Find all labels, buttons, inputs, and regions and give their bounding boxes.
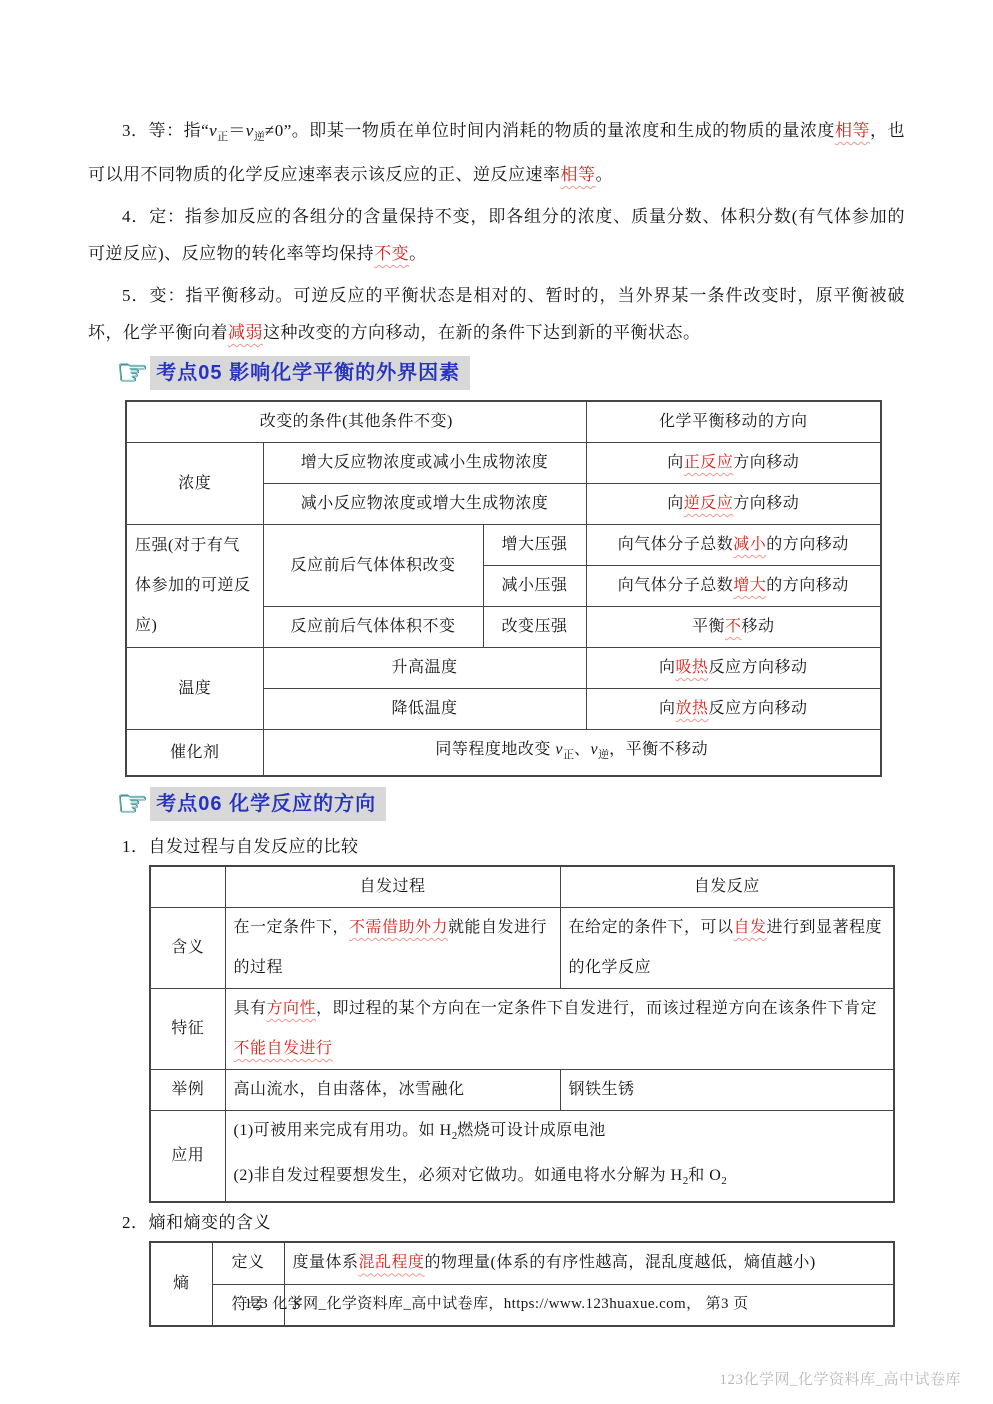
emphasized-red-text: 不需借助外力 <box>349 919 448 936</box>
document-page: 3．等：指“v正＝v逆≠0”。即某一物质在单位时间内消耗的物质的量浓度和生成的物… <box>0 0 993 1404</box>
text-run: 含义 <box>171 939 204 956</box>
table-cell: 减小反应物浓度或增大生成物浓度 <box>263 484 586 525</box>
table-cell: 浓度 <box>126 443 263 525</box>
text-run: 逆 <box>254 131 265 143</box>
cell-line: 增大反应物浓度或减小生成物浓度 <box>272 443 578 483</box>
spontaneous-comparison-table: 自发过程自发反应含义在一定条件下，不需借助外力就能自发进行的过程在给定的条件下，… <box>149 865 895 1203</box>
emphasized-red-text: 吸热 <box>675 659 708 676</box>
paragraph-3-equal: 3．等：指“v正＝v逆≠0”。即某一物质在单位时间内消耗的物质的量浓度和生成的物… <box>88 112 905 193</box>
table-cell: 定义 <box>212 1242 284 1284</box>
emphasized-red-text: 正反应 <box>684 454 734 471</box>
emphasized-red-text: 放热 <box>675 700 708 717</box>
cell-line: 钢铁生锈 <box>569 1070 886 1110</box>
text-run: 向 <box>659 700 676 717</box>
text-run: 定义 <box>231 1254 264 1271</box>
emphasized-red-text: 混乱程度 <box>359 1254 425 1271</box>
table-row: 改变的条件(其他条件不变)化学平衡移动的方向 <box>126 401 881 443</box>
cell-line: 在一定条件下，不需借助外力就能自发进行的过程 <box>234 908 552 988</box>
text-run: 向气体分子总数 <box>618 577 734 594</box>
emphasized-red-text: 减弱 <box>228 323 263 342</box>
text-run: 化学平衡移动的方向 <box>659 413 808 430</box>
table-cell: 降低温度 <box>263 689 586 730</box>
table-cell: 向放热反应方向移动 <box>586 689 881 730</box>
text-run: 2 <box>721 1175 727 1187</box>
cell-line: 反应前后气体体积改变 <box>272 546 475 586</box>
topic-heading-05: ☞ 考点05 影响化学平衡的外界因素 <box>116 356 905 390</box>
text-run: v <box>555 741 563 758</box>
text-run: 自发过程 <box>359 878 425 895</box>
text-run: 3．等：指“ <box>122 121 209 140</box>
text-run: 反应方向移动 <box>709 659 808 676</box>
table-cell: 举例 <box>150 1070 225 1111</box>
cell-line: 改变的条件(其他条件不变) <box>135 402 578 442</box>
cell-line: 自发反应 <box>569 867 886 907</box>
cell-line: 浓度 <box>135 464 255 504</box>
text-run: 方向移动 <box>733 454 799 471</box>
cell-line: 减小压强 <box>492 566 578 606</box>
text-run: 降低温度 <box>391 700 457 717</box>
topic-heading-06: ☞ 考点06 化学反应的方向 <box>116 787 905 821</box>
table-cell: 在给定的条件下，可以自发进行到显著程度的化学反应 <box>560 908 894 989</box>
text-run: 向 <box>667 495 684 512</box>
text-run: 特征 <box>171 1020 204 1037</box>
table-cell: 改变的条件(其他条件不变) <box>126 401 586 443</box>
table-row: 应用(1)可被用来完成有用功。如 H2燃烧可设计成原电池(2)非自发过程要想发生… <box>150 1111 894 1203</box>
text-run: (2)非自发过程要想发生，必须对它做功。如通电将水分解为 H <box>234 1167 683 1184</box>
text-run: 减小压强 <box>501 577 567 594</box>
table-cell: 向气体分子总数减小的方向移动 <box>586 525 881 566</box>
cell-line: 特征 <box>159 1009 217 1049</box>
cell-line: 向气体分子总数增大的方向移动 <box>595 566 873 606</box>
text-run: 浓度 <box>178 475 211 492</box>
table-cell: 化学平衡移动的方向 <box>586 401 881 443</box>
text-run: 和 O <box>688 1167 721 1184</box>
table-cell: 自发过程 <box>225 866 560 908</box>
cell-line: 压强(对于有气体参加的可逆反应) <box>135 526 255 646</box>
table-cell: 高山流水，自由落体，冰雪融化 <box>225 1070 560 1111</box>
text-run: 自发反应 <box>694 878 760 895</box>
text-run: 正 <box>217 131 228 143</box>
text-run: 改变的条件(其他条件不变) <box>260 413 453 430</box>
cell-line: 向正反应方向移动 <box>595 443 873 483</box>
text-run: ≠0”。即某一物质在单位时间内消耗的物质的量浓度和生成的物质的量浓度 <box>265 121 835 140</box>
table-cell: 应用 <box>150 1111 225 1203</box>
cell-line: 向逆反应方向移动 <box>595 484 873 524</box>
table-cell: 压强(对于有气体参加的可逆反应) <box>126 525 263 648</box>
text-run: v <box>591 741 599 758</box>
table-cell: (1)可被用来完成有用功。如 H2燃烧可设计成原电池(2)非自发过程要想发生，必… <box>225 1111 894 1203</box>
page-footer: 123 化学网_化学资料库_高中试卷库，https://www.123huaxu… <box>0 1292 993 1313</box>
text-run: ，平衡不移动 <box>609 741 708 758</box>
paragraph-5-shift: 5．变：指平衡移动。可逆反应的平衡状态是相对的、暂时的，当外界某一条件改变时，原… <box>88 277 905 351</box>
table-cell: 增大反应物浓度或减小生成物浓度 <box>263 443 586 484</box>
text-run: 方向移动 <box>733 495 799 512</box>
table-row: 压强(对于有气体参加的可逆反应)反应前后气体体积改变增大压强向气体分子总数减小的… <box>126 525 881 566</box>
table-cell: 平衡不移动 <box>586 607 881 648</box>
emphasized-red-text: 方向性 <box>267 1000 317 1017</box>
text-run: v <box>246 121 254 140</box>
cell-line: 在给定的条件下，可以自发进行到显著程度的化学反应 <box>569 908 886 988</box>
topic-title-06: 考点06 化学反应的方向 <box>150 787 386 821</box>
table-cell: 升高温度 <box>263 648 586 689</box>
text-run: 增大压强 <box>501 536 567 553</box>
cell-line: 高山流水，自由落体，冰雪融化 <box>234 1070 552 1110</box>
text-run: 钢铁生锈 <box>569 1081 635 1098</box>
list-item-1: 1．自发过程与自发反应的比较 <box>88 831 905 863</box>
table-cell: 在一定条件下，不需借助外力就能自发进行的过程 <box>225 908 560 989</box>
table-cell: 催化剂 <box>126 730 263 777</box>
text-run: 度量体系 <box>293 1254 359 1271</box>
cell-line: 自发过程 <box>234 867 552 907</box>
text-run: 高山流水，自由落体，冰雪融化 <box>234 1081 465 1098</box>
text-run: 平衡 <box>692 618 725 635</box>
cell-line: 平衡不移动 <box>595 607 873 647</box>
cell-line: 反应前后气体体积不变 <box>272 607 475 647</box>
text-run: 在给定的条件下，可以 <box>569 919 734 936</box>
site-watermark: 123化学网_化学资料库_高中试卷库 <box>719 1368 961 1389</box>
text-run: 具有 <box>234 1000 267 1017</box>
text-run: 改变压强 <box>501 618 567 635</box>
emphasized-red-text: 相等 <box>835 121 870 140</box>
emphasized-red-text: 相等 <box>561 165 596 184</box>
text-run: 举例 <box>171 1081 204 1098</box>
emphasized-red-text: 不能自发进行 <box>234 1040 333 1057</box>
text-run: 4．定：指参加反应的各组分的含量保持不变，即各组分的浓度、质量分数、体积分数(有… <box>88 207 905 263</box>
text-run: ，即过程的某个方向在一定条件下自发进行，而该过程逆方向在该条件下肯定 <box>316 1000 877 1017</box>
entropy-table: 熵定义度量体系混乱程度的物理量(体系的有序性越高，混乱度越低，熵值越小)符号S <box>149 1241 895 1327</box>
text-run: 的方向移动 <box>766 536 849 553</box>
cell-line: 温度 <box>135 669 255 709</box>
table-row: 举例高山流水，自由落体，冰雪融化钢铁生锈 <box>150 1070 894 1111</box>
cell-line: 化学平衡移动的方向 <box>595 402 873 442</box>
text-run: 这种改变的方向移动，在新的条件下达到新的平衡状态。 <box>263 323 701 342</box>
cell-line: 改变压强 <box>492 607 578 647</box>
emphasized-red-text: 不变 <box>374 244 409 263</box>
table-row: 温度升高温度向吸热反应方向移动 <box>126 648 881 689</box>
cell-line: 减小反应物浓度或增大生成物浓度 <box>272 484 578 524</box>
table-row: 浓度增大反应物浓度或减小生成物浓度向正反应方向移动 <box>126 443 881 484</box>
text-run: 熵 <box>173 1275 190 1292</box>
text-run: 。 <box>409 244 427 263</box>
text-run: 逆 <box>598 749 609 761</box>
text-run: 在一定条件下， <box>234 919 350 936</box>
text-run: 温度 <box>178 680 211 697</box>
emphasized-red-text: 增大 <box>733 577 766 594</box>
cell-line: 举例 <box>159 1070 217 1110</box>
equilibrium-factors-table: 改变的条件(其他条件不变)化学平衡移动的方向浓度增大反应物浓度或减小生成物浓度向… <box>125 400 882 777</box>
text-run: 向 <box>667 454 684 471</box>
table-cell: 自发反应 <box>560 866 894 908</box>
cell-line: 升高温度 <box>272 648 578 688</box>
text-run: 同等程度地改变 <box>435 741 555 758</box>
text-run: ＝ <box>228 121 246 140</box>
table-cell <box>150 866 225 908</box>
emphasized-red-text: 不 <box>725 618 742 635</box>
text-run: 的方向移动 <box>766 577 849 594</box>
table-cell: 反应前后气体体积改变 <box>263 525 483 607</box>
text-run: 向 <box>659 659 676 676</box>
text-run: 、 <box>574 741 591 758</box>
table-cell: 钢铁生锈 <box>560 1070 894 1111</box>
table-row: 含义在一定条件下，不需借助外力就能自发进行的过程在给定的条件下，可以自发进行到显… <box>150 908 894 989</box>
table-cell: 向吸热反应方向移动 <box>586 648 881 689</box>
cell-line: 度量体系混乱程度的物理量(体系的有序性越高，混乱度越低，熵值越小) <box>293 1243 886 1283</box>
cell-line: 同等程度地改变 v正、v逆，平衡不移动 <box>272 730 873 775</box>
text-run: 反应方向移动 <box>709 700 808 717</box>
emphasized-red-text: 逆反应 <box>684 495 734 512</box>
text-run: 燃烧可设计成原电池 <box>457 1122 606 1139</box>
table-cell: 反应前后气体体积不变 <box>263 607 483 648</box>
text-run: 压强(对于有气体参加的可逆反应) <box>135 537 251 634</box>
table-cell: 改变压强 <box>483 607 586 648</box>
table-cell: 增大压强 <box>483 525 586 566</box>
topic-title-05: 考点05 影响化学平衡的外界因素 <box>150 356 470 390</box>
text-run: v <box>209 121 217 140</box>
cell-line: 向吸热反应方向移动 <box>595 648 873 688</box>
cell-line: (1)可被用来完成有用功。如 H2燃烧可设计成原电池 <box>234 1111 886 1156</box>
table-row: 催化剂同等程度地改变 v正、v逆，平衡不移动 <box>126 730 881 777</box>
text-run: 反应前后气体体积改变 <box>290 557 455 574</box>
text-run: 正 <box>563 749 574 761</box>
table-cell: 特征 <box>150 989 225 1070</box>
text-run: 应用 <box>171 1147 204 1164</box>
text-run: 减小反应物浓度或增大生成物浓度 <box>301 495 549 512</box>
cell-line: 增大压强 <box>492 525 578 565</box>
table-cell: 向逆反应方向移动 <box>586 484 881 525</box>
table-cell: 减小压强 <box>483 566 586 607</box>
table-row: 特征具有方向性，即过程的某个方向在一定条件下自发进行，而该过程逆方向在该条件下肯… <box>150 989 894 1070</box>
text-run: 增大反应物浓度或减小生成物浓度 <box>301 454 549 471</box>
cell-line: 催化剂 <box>135 733 255 773</box>
text-run: 的物理量(体系的有序性越高，混乱度越低，熵值越小) <box>425 1254 816 1271</box>
list-item-2: 2．熵和熵变的含义 <box>88 1207 905 1239</box>
cell-line: 降低温度 <box>272 689 578 729</box>
cell-line: 应用 <box>159 1136 217 1176</box>
pointing-hand-icon: ☞ <box>116 789 148 819</box>
text-run: 。 <box>596 165 614 184</box>
table-row: 熵定义度量体系混乱程度的物理量(体系的有序性越高，混乱度越低，熵值越小) <box>150 1242 894 1284</box>
text-run: 升高温度 <box>391 659 457 676</box>
cell-line: (2)非自发过程要想发生，必须对它做功。如通电将水分解为 H2和 O2 <box>234 1156 886 1201</box>
emphasized-red-text: 减小 <box>733 536 766 553</box>
text-run: 催化剂 <box>170 744 220 761</box>
text-run: 向气体分子总数 <box>618 536 734 553</box>
table-cell: 温度 <box>126 648 263 730</box>
table-cell: 含义 <box>150 908 225 989</box>
table-cell: 度量体系混乱程度的物理量(体系的有序性越高，混乱度越低，熵值越小) <box>284 1242 894 1284</box>
cell-line: 向气体分子总数减小的方向移动 <box>595 525 873 565</box>
cell-line: 向放热反应方向移动 <box>595 689 873 729</box>
table-cell: 具有方向性，即过程的某个方向在一定条件下自发进行，而该过程逆方向在该条件下肯定不… <box>225 989 894 1070</box>
table-row: 自发过程自发反应 <box>150 866 894 908</box>
cell-line: 具有方向性，即过程的某个方向在一定条件下自发进行，而该过程逆方向在该条件下肯定不… <box>234 989 886 1069</box>
table-cell: 向正反应方向移动 <box>586 443 881 484</box>
table-cell: 同等程度地改变 v正、v逆，平衡不移动 <box>263 730 881 777</box>
table-cell: 向气体分子总数增大的方向移动 <box>586 566 881 607</box>
text-run: 反应前后气体体积不变 <box>290 618 455 635</box>
pointing-hand-icon: ☞ <box>116 358 148 388</box>
emphasized-red-text: 自发 <box>734 919 767 936</box>
cell-line: 定义 <box>221 1243 276 1283</box>
paragraph-4-constant: 4．定：指参加反应的各组分的含量保持不变，即各组分的浓度、质量分数、体积分数(有… <box>88 198 905 272</box>
text-run: 移动 <box>742 618 775 635</box>
cell-line: 含义 <box>159 928 217 968</box>
text-run: (1)可被用来完成有用功。如 H <box>234 1122 452 1139</box>
